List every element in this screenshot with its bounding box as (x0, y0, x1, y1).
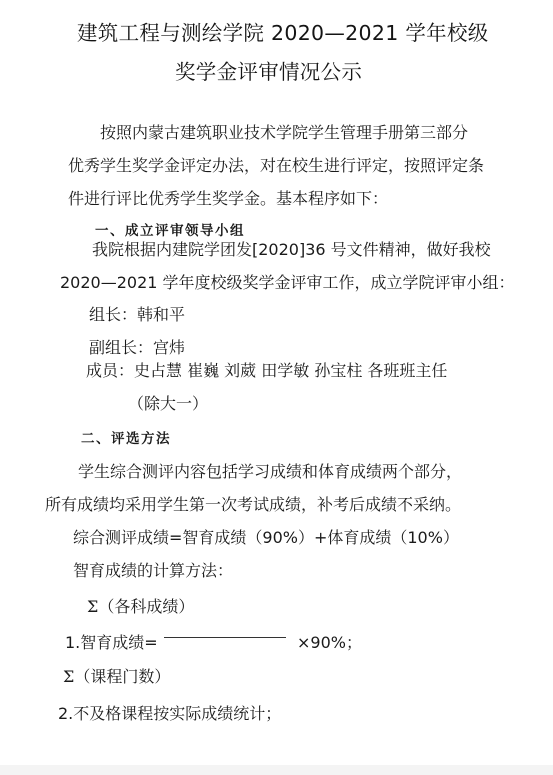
document-page: 建筑工程与测绘学院 2020—2021 学年校级 奖学金评审情况公示 按照内蒙古… (0, 0, 553, 765)
formula-multiplier: ×90%； (297, 633, 362, 653)
group-members: 成员：史占慧 崔巍 刘葳 田学敏 孙宝柱 各班班主任 (86, 361, 447, 381)
formula-denominator: Σ（课程门数） (63, 667, 170, 687)
intro-line-1: 按照内蒙古建筑职业技术学院学生管理手册第三部分 (100, 123, 468, 143)
page-bottom-edge (0, 765, 553, 775)
formula-numerator: Σ（各科成绩） (87, 597, 194, 617)
fraction-bar (164, 637, 286, 638)
group-members-note: （除大一） (128, 394, 208, 414)
intro-line-3: 件进行评比优秀学生奖学金。基本程序如下： (68, 189, 388, 209)
formula-item1-label: 1.智育成绩= (65, 633, 158, 653)
group-deputy-leader: 副组长：宫炜 (89, 338, 185, 358)
formula-item2: 2.不及格课程按实际成绩统计； (58, 704, 281, 724)
section-heading-1: 一、成立评审领导小组 (95, 221, 245, 241)
section1-paragraph-line-1: 我院根据内建院学团发[2020]36 号文件精神，做好我校 (92, 240, 491, 260)
intro-line-2: 优秀学生奖学金评定办法，对在校生进行评定，按照评定条 (68, 156, 484, 176)
section1-paragraph-line-2: 2020—2021 学年度校级奖学金评审工作，成立学院评审小组： (60, 273, 515, 293)
section2-paragraph-line-2: 所有成绩均采用学生第一次考试成绩，补考后成绩不采纳。 (45, 495, 461, 515)
section2-paragraph-line-1: 学生综合测评内容包括学习成绩和体育成绩两个部分， (78, 462, 462, 482)
composite-score-formula: 综合测评成绩=智育成绩（90%）+体育成绩（10%） (73, 528, 459, 548)
group-leader: 组长：韩和平 (89, 305, 185, 325)
document-title-line2: 奖学金评审情况公示 (175, 59, 362, 85)
calc-method-label: 智育成绩的计算方法： (73, 561, 233, 581)
section-heading-2: 二、评选方法 (81, 429, 171, 449)
document-title-line1: 建筑工程与测绘学院 2020—2021 学年校级 (77, 20, 489, 46)
